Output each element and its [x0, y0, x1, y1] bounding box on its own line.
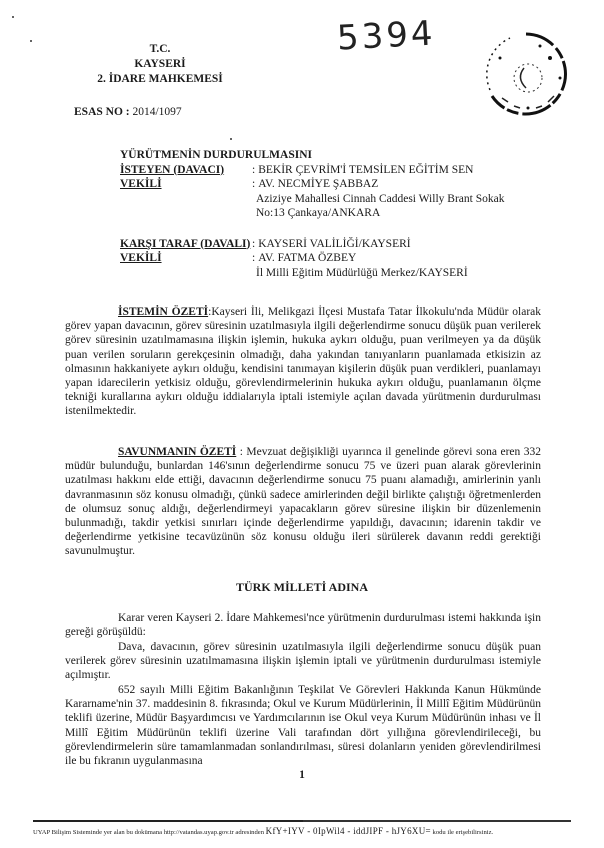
- defense-summary: SAVUNMANIN ÖZETİ : Mevzuat değişikliği u…: [65, 445, 541, 559]
- header-city: KAYSERİ: [96, 57, 224, 72]
- court-seal-stamp-icon: [480, 28, 572, 120]
- footer-text-before: UYAP Bilişim Sisteminde yer alan bu dokü…: [33, 829, 264, 836]
- footer-verification-code: KfY+IYV - 0IpWil4 - iddJIPF - hJY6XU=: [266, 826, 431, 836]
- defendant-label: KARŞI TARAF (DAVALI): [120, 237, 252, 252]
- case-number-value: 2014/1097: [132, 106, 181, 118]
- header-tc: T.C.: [96, 42, 224, 57]
- plaintiff-attorney-label: VEKİLİ: [120, 177, 252, 192]
- defendant-attorney-label: VEKİLİ: [120, 251, 252, 266]
- request-summary-heading: İSTEMİN ÖZETİ: [118, 306, 208, 318]
- colon: :: [252, 238, 255, 250]
- case-number-label: ESAS NO :: [74, 106, 130, 118]
- plaintiff-attorney-row: VEKİLİ :AV. NECMİYE ŞABBAZ: [120, 177, 552, 192]
- footer-divider: [33, 820, 303, 822]
- plaintiff-label: İSTEYEN (DAVACI): [120, 163, 252, 178]
- defendant-row: KARŞI TARAF (DAVALI) :KAYSERİ VALİLİĞİ/K…: [120, 237, 552, 252]
- request-summary-text: :Kayseri İli, Melikgazi İlçesi Mustafa T…: [65, 306, 541, 417]
- parties-section: YÜRÜTMENİN DURDURULMASINI İSTEYEN (DAVAC…: [120, 148, 552, 280]
- court-header: T.C. KAYSERİ 2. İDARE MAHKEMESİ: [96, 42, 224, 87]
- scan-speck: [30, 40, 32, 42]
- defense-summary-heading: SAVUNMANIN ÖZETİ: [118, 446, 236, 458]
- plaintiff-attorney-value: AV. NECMİYE ŞABBAZ: [258, 178, 378, 190]
- case-number: ESAS NO : 2014/1097: [74, 106, 182, 118]
- footer-text-after: kodu ile erişebilirsiniz.: [433, 829, 494, 836]
- defendant-attorney-row: VEKİLİ :AV. FATMA ÖZBEY: [120, 251, 552, 266]
- colon: :: [252, 164, 255, 176]
- decision-paragraph-3: 652 sayılı Milli Eğitim Bakanlığının Teş…: [65, 683, 541, 768]
- plaintiff-row: İSTEYEN (DAVACI) :BEKİR ÇEVRİM'İ TEMSİLE…: [120, 163, 552, 178]
- handwritten-number: 5394: [336, 13, 436, 58]
- footer-divider: [303, 820, 571, 822]
- scan-speck: [230, 138, 232, 140]
- defendant-attorney-value: AV. FATMA ÖZBEY: [258, 252, 356, 264]
- defendant-address: İl Milli Eğitim Müdürlüğü Merkez/KAYSERİ: [120, 266, 552, 281]
- colon: :: [252, 178, 255, 190]
- header-court: 2. İDARE MAHKEMESİ: [96, 72, 224, 87]
- parties-title: YÜRÜTMENİN DURDURULMASINI: [120, 148, 552, 163]
- decision-paragraph-2: Dava, davacının, görev süresinin uzatılm…: [65, 640, 541, 683]
- plaintiff-value: BEKİR ÇEVRİM'İ TEMSİLEN EĞİTİM SEN: [258, 164, 473, 176]
- decision-paragraph-1: Karar veren Kayseri 2. İdare Mahkemesi'n…: [65, 611, 541, 639]
- defense-summary-text: : Mevzuat değişikliği uyarınca il geneli…: [65, 446, 541, 557]
- plaintiff-address-1: Aziziye Mahallesi Cinnah Caddesi Willy B…: [120, 192, 552, 207]
- request-summary: İSTEMİN ÖZETİ:Kayseri İli, Melikgazi İlç…: [65, 305, 541, 419]
- footer-verification: UYAP Bilişim Sisteminde yer alan bu dokü…: [33, 826, 593, 836]
- colon: :: [252, 252, 255, 264]
- decision-title: TÜRK MİLLETİ ADINA: [0, 580, 604, 595]
- defendant-value: KAYSERİ VALİLİĞİ/KAYSERİ: [258, 238, 410, 250]
- plaintiff-address-2: No:13 Çankaya/ANKARA: [120, 206, 552, 221]
- scan-speck: [12, 16, 14, 18]
- page-number: 1: [0, 769, 604, 781]
